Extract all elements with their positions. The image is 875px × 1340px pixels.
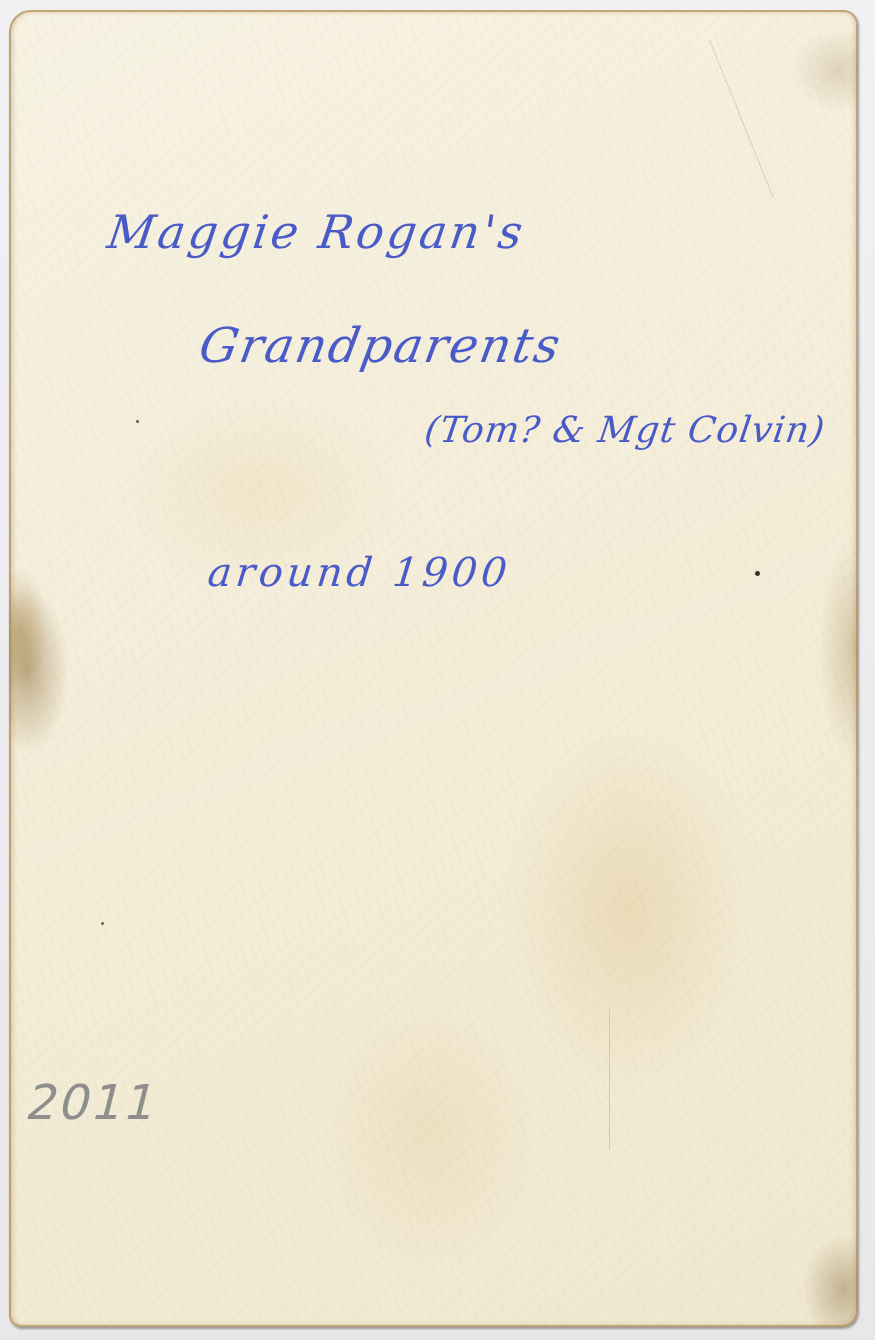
scan-background: Maggie Rogan's Grandparents (Tom? & Mgt … — [0, 0, 875, 1340]
crease-mark — [609, 1010, 610, 1150]
inscription-name: Maggie Rogan's — [104, 205, 529, 259]
inscription-subjects: (Tom? & Mgt Colvin) — [422, 410, 828, 451]
ink-speck — [755, 571, 760, 576]
pencil-catalog-number: 2011 — [21, 1075, 165, 1131]
crease-mark — [709, 40, 774, 198]
ink-speck — [136, 420, 139, 423]
inscription-date: around 1900 — [206, 550, 514, 596]
inscription-relation: Grandparents — [195, 318, 566, 374]
ink-speck — [101, 922, 104, 925]
